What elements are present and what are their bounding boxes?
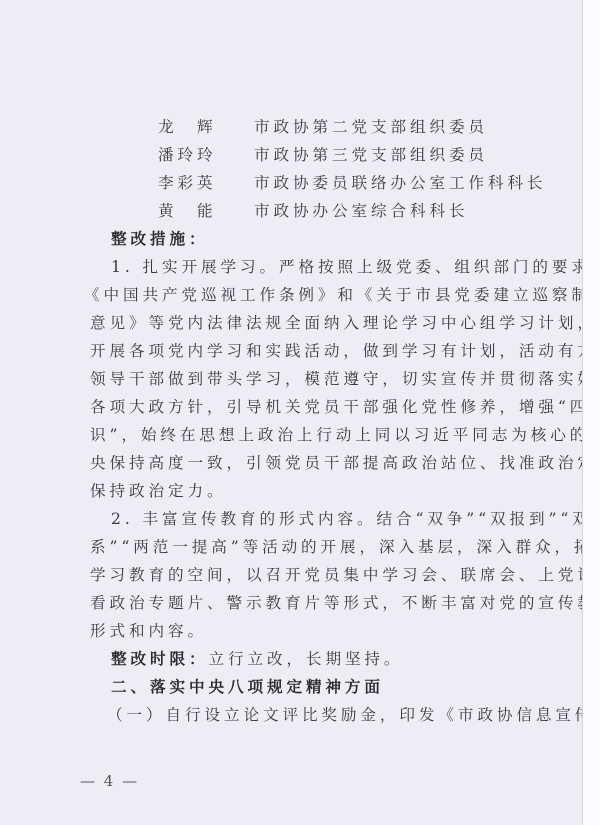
body-line: 领导干部做到带头学习，模范遵守，切实宣传并贯彻落实好党的 — [90, 369, 600, 389]
body-line: 识”，始终在思想上政治上行动上同以习近平同志为核心的党中 — [90, 425, 600, 445]
measures-heading: 整改措施： — [111, 229, 208, 249]
body-line: 保持政治定力。 — [90, 481, 226, 501]
body-line: 各项大政方针，引导机关党员干部强化党性修养，增强“四个意 — [90, 397, 600, 417]
body-line: 央保持高度一致，引领党员干部提高政治站位、找准政治定位、 — [90, 453, 600, 473]
deadline-value: 立行立改，长期坚持。 — [208, 650, 403, 668]
body-line: 开展各项党内学习和实践活动，做到学习有计划，活动有方案， — [90, 341, 600, 361]
committee-member-row: 潘玲玲市政协第三党支部组织委员 — [158, 145, 488, 165]
member-name: 潘玲玲 — [158, 145, 254, 165]
subsection-line: （一）自行设立论文评比奖励金，印发《市政协信息宣传稿 — [107, 705, 600, 725]
member-title: 市政协第二党支部组织委员 — [254, 117, 488, 137]
committee-member-row: 李彩英市政协委员联络办公室工作科科长 — [158, 173, 546, 193]
section-heading: 二、落实中央八项规定精神方面 — [111, 677, 384, 697]
body-line: 形式和内容。 — [90, 621, 207, 641]
deadline-label: 整改时限： — [111, 650, 208, 668]
member-title: 市政协委员联络办公室工作科科长 — [254, 173, 546, 193]
member-title: 市政协第三党支部组织委员 — [254, 145, 488, 165]
document-page: 龙 辉市政协第二党支部组织委员 潘玲玲市政协第三党支部组织委员 李彩英市政协委员… — [0, 0, 582, 825]
member-title: 市政协办公室综合科科长 — [254, 201, 468, 221]
deadline-line: 整改时限：立行立改，长期坚持。 — [111, 649, 403, 669]
body-line: 2. 丰富宣传教育的形式内容。结合“双争”“双报到”“双联 — [111, 509, 600, 529]
committee-member-row: 龙 辉市政协第二党支部组织委员 — [158, 117, 488, 137]
body-line: 1. 扎实开展学习。严格按照上级党委、组织部门的要求，将 — [111, 257, 600, 277]
body-line: 系”“两范一提高”等活动的开展，深入基层，深入群众，拓展 — [90, 537, 600, 557]
member-name: 黄 能 — [158, 201, 254, 221]
committee-member-row: 黄 能市政协办公室综合科科长 — [158, 201, 468, 221]
body-line: 意见》等党内法律法规全面纳入理论学习中心组学习计划，积极 — [90, 313, 600, 333]
page-number: — 4 — — [80, 772, 139, 790]
body-line: 学习教育的空间，以召开党员集中学习会、联席会、上党课，观 — [90, 565, 600, 585]
body-line: 看政治专题片、警示教育片等形式，不断丰富对党的宣传教育的 — [90, 593, 600, 613]
body-line: 《中国共产党巡视工作条例》和《关于市县党委建立巡察制度的 — [84, 285, 600, 305]
member-name: 李彩英 — [158, 173, 254, 193]
scan-edge-strip — [582, 0, 600, 825]
member-name: 龙 辉 — [158, 117, 254, 137]
